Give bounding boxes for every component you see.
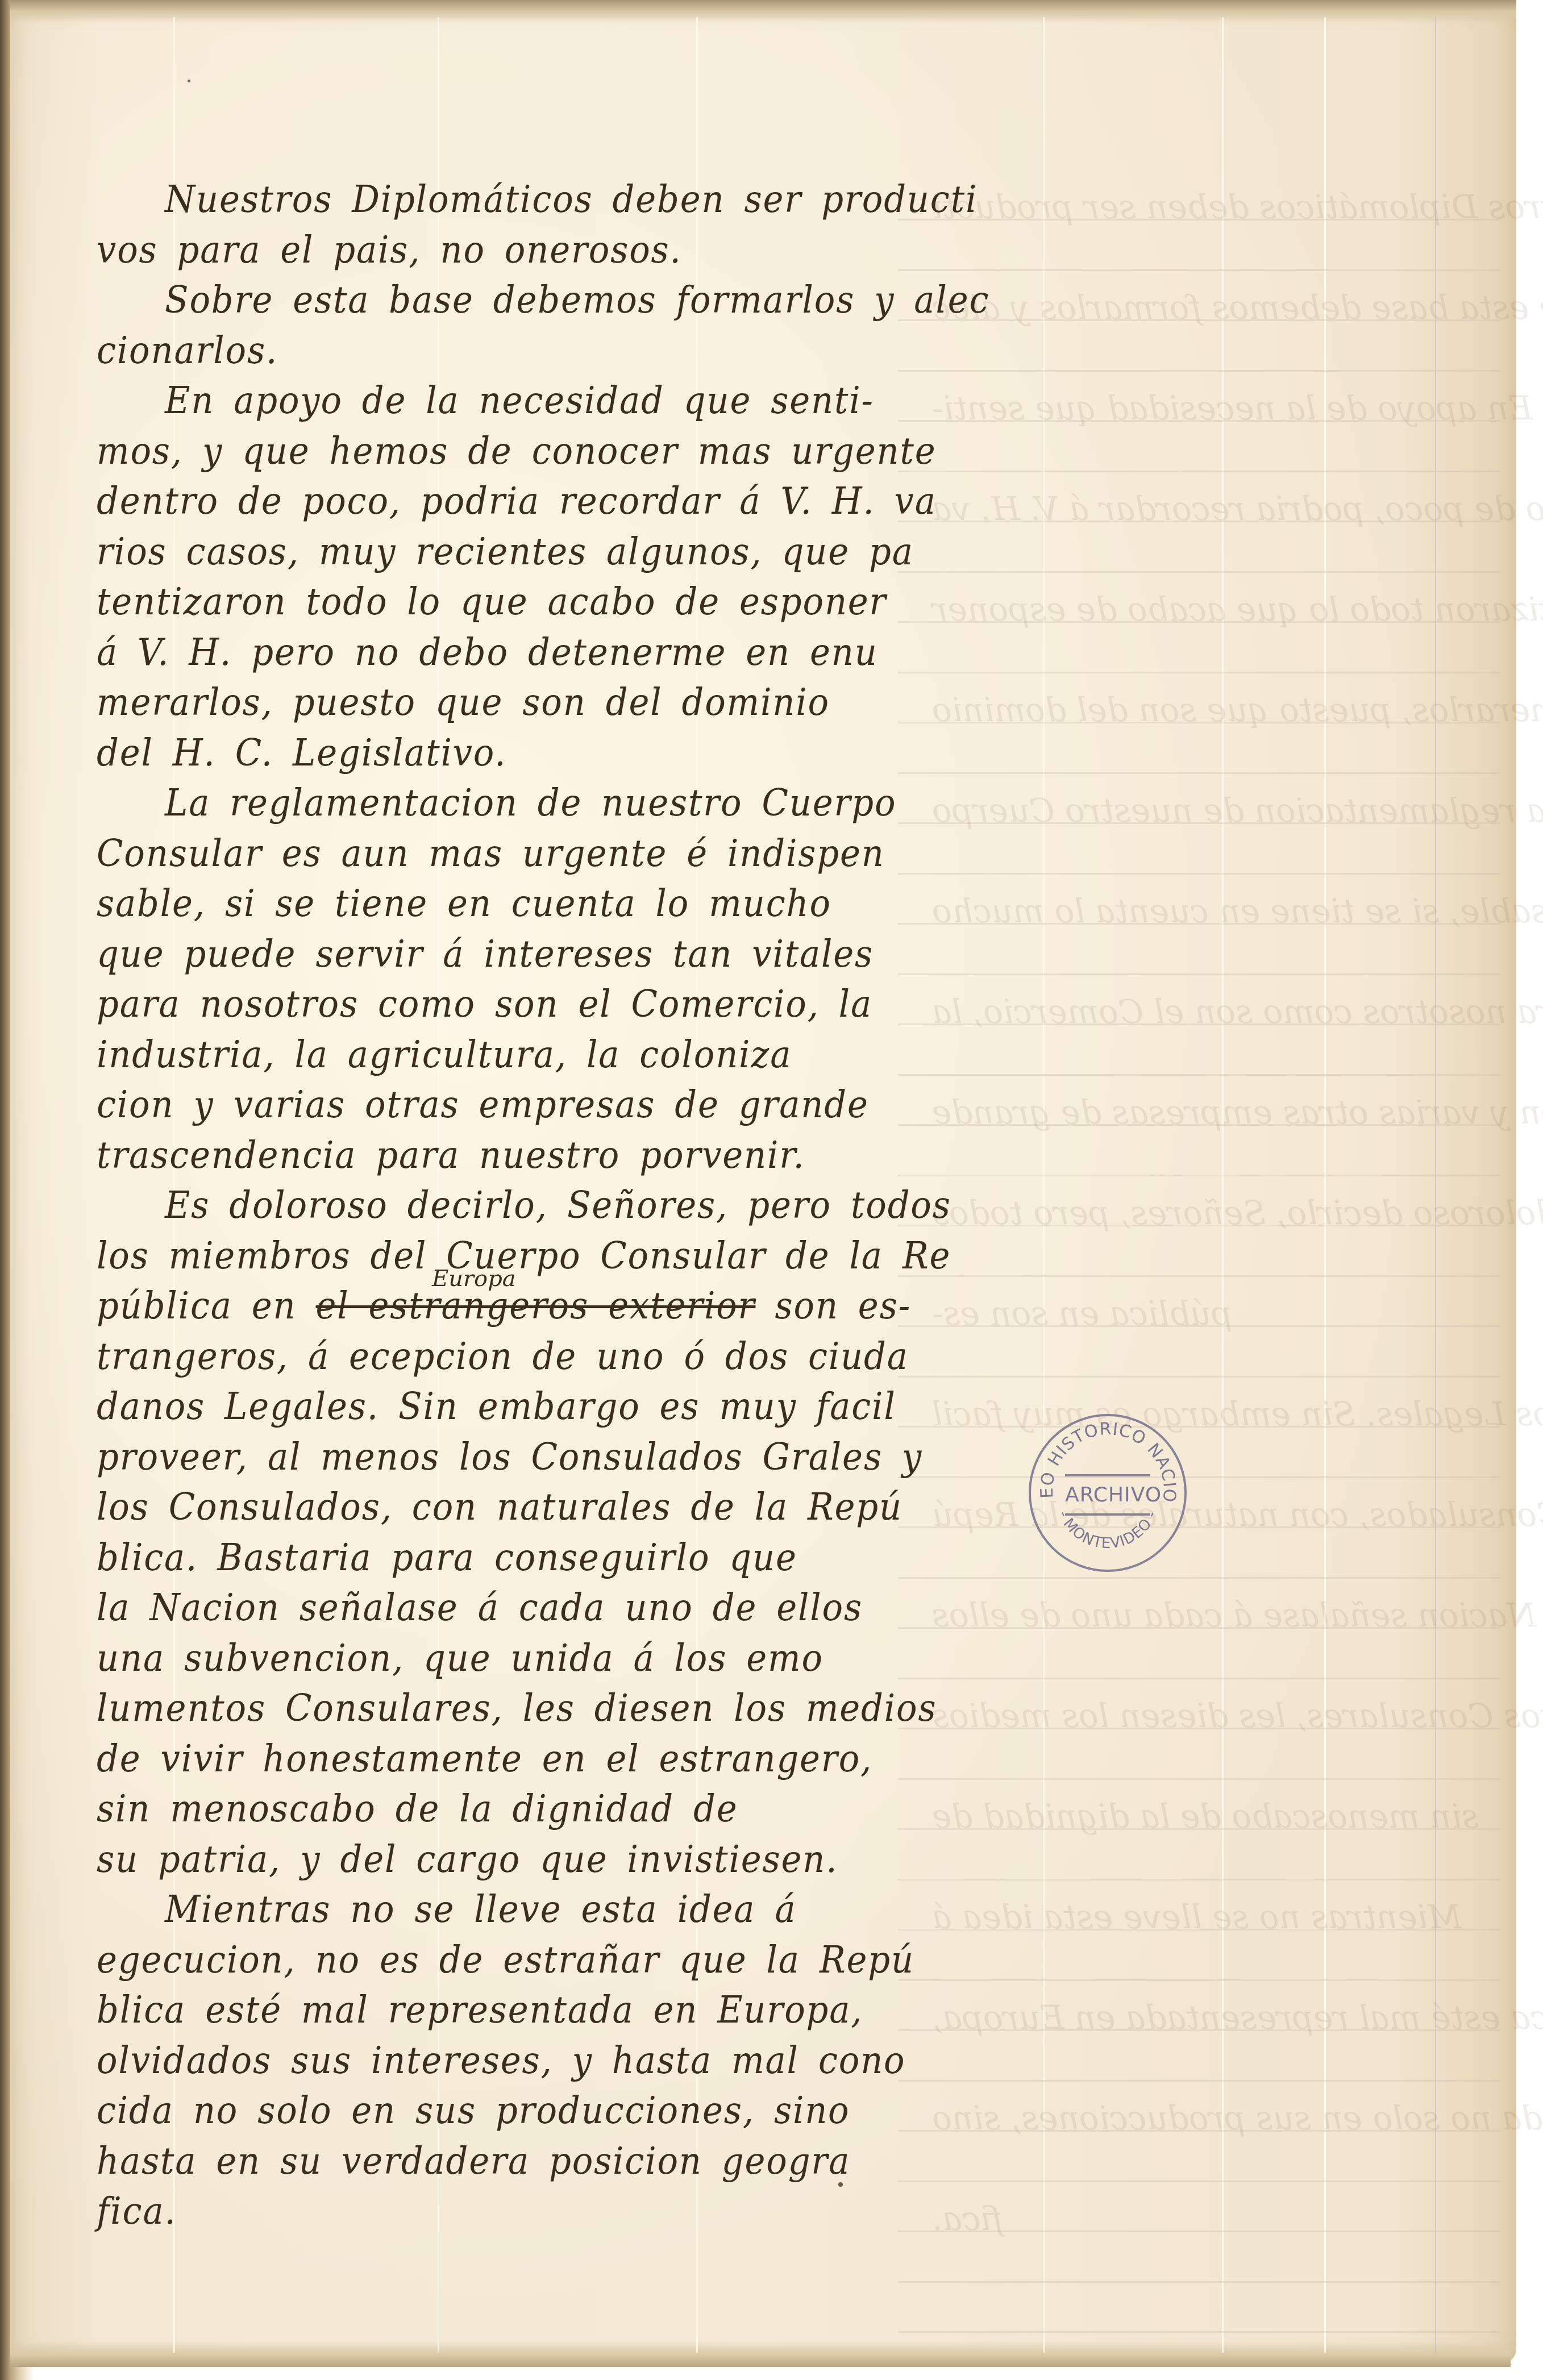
manuscript-line: á V. H. pero no debo detenerme en enu: [97, 634, 878, 671]
ruled-line: [898, 1175, 1500, 1176]
manuscript-line: del H. C. Legislativo.: [97, 734, 506, 772]
line-text: son es-: [755, 1284, 911, 1328]
ink-spot: [188, 80, 190, 82]
ruled-line: [898, 1678, 1500, 1679]
bleed-through-line: Sobre esta base debemos formarlos y alec: [932, 288, 1543, 327]
manuscript-line: olvidados sus intereses, y hasta mal con…: [97, 2042, 905, 2079]
manuscript-line: vos para el pais, no onerosos.: [97, 231, 682, 269]
bleed-through-line: sable, si se tiene en cuenta lo mucho: [932, 892, 1543, 930]
ruled-line: [898, 772, 1500, 774]
ruled-line: [898, 1778, 1500, 1780]
bleed-through-line: sin menoscabo de la dignidad de: [932, 1797, 1479, 1836]
manuscript-line: la Nacion señalase á cada uno de ellos: [97, 1589, 863, 1626]
manuscript-line: blica esté mal representada en Europa,: [97, 1991, 863, 2029]
ruled-line: [898, 370, 1500, 372]
bleed-through-line: para nosotros como son el Comercio, la: [932, 992, 1543, 1031]
manuscript-line: fica.: [97, 2192, 177, 2230]
manuscript-line: trangeros, á ecepcion de uno ó dos ciuda: [97, 1338, 909, 1375]
manuscript-line: tentizaron todo lo que acabo de esponer: [97, 583, 887, 621]
bleed-through-line: Nuestros Diplomáticos deben ser producti: [932, 188, 1543, 226]
manuscript-line: mos, y que hemos de conocer mas urgente: [97, 432, 936, 470]
bleed-through-line: cion y varias otras empresas de grande: [932, 1093, 1543, 1131]
ruled-line: [898, 1879, 1500, 1880]
bleed-through-line: Es doloroso decirlo, Señores, pero todos: [932, 1193, 1543, 1232]
ruled-line: [898, 2281, 1500, 2283]
struck-text: el estrangeros exterior: [316, 1284, 756, 1328]
bleed-through-line: tentizaron todo lo que acabo de esponer: [932, 590, 1543, 629]
manuscript-line: que puede servir á intereses tan vitales: [97, 935, 874, 973]
manuscript-line: Es doloroso decirlo, Señores, pero todos: [165, 1187, 951, 1224]
manuscript-line: merarlos, puesto que son del dominio: [97, 684, 830, 721]
manuscript-line: para nosotros como son el Comercio, la: [97, 985, 872, 1023]
bleed-through-line: pública en son es-: [932, 1294, 1233, 1333]
manuscript-line: cida no solo en sus producciones, sino: [97, 2092, 850, 2129]
bleed-through-line: merarlos, puesto que son del dominio: [932, 690, 1543, 729]
manuscript-line: dentro de poco, podria recordar á V. H. …: [97, 482, 937, 520]
manuscript-line: egecucion, no es de estrañar que la Repú: [97, 1941, 914, 1979]
manuscript-line: lumentos Consulares, les diesen los medi…: [97, 1690, 937, 1727]
manuscript-line: cion y varias otras empresas de grande: [97, 1086, 869, 1124]
bleed-through-line: danos Legales. Sin embargo es muy facil: [932, 1395, 1543, 1433]
ruled-line: [898, 2331, 1500, 2333]
ruled-line: [898, 2080, 1500, 2082]
manuscript-line: los Consulados, con naturales de la Repú: [97, 1488, 902, 1526]
manuscript-line: Nuestros Diplomáticos deben ser producti: [165, 181, 978, 218]
ruled-line: [898, 1476, 1500, 1478]
ruled-line: [898, 571, 1500, 573]
manuscript-line: rios casos, muy recientes algunos, que p…: [97, 533, 914, 571]
bleed-through-line: dentro de poco, podria recordar á V. H. …: [932, 489, 1543, 528]
manuscript-line: su patria, y del cargo que invistiesen.: [97, 1841, 838, 1878]
ruled-line: [898, 1275, 1500, 1277]
manuscript-line: blica. Bastaria para conseguirlo que: [97, 1539, 797, 1576]
manuscript-line: sable, si se tiene en cuenta lo mucho: [97, 885, 831, 922]
bleed-through-line: Mientras no se lleve esta idea á: [932, 1898, 1462, 1936]
page-bottom-edge: [10, 2341, 1511, 2367]
manuscript-line: Mientras no se lleve esta idea á: [165, 1891, 796, 1928]
ruled-line: [898, 973, 1500, 975]
manuscript-line: sin menoscabo de la dignidad de: [97, 1790, 738, 1828]
manuscript-line: hasta en su verdadera posicion geogra: [97, 2142, 850, 2180]
manuscript-line: trascendencia para nuestro porvenir.: [97, 1137, 805, 1174]
manuscript-line: proveer, al menos los Consulados Grales …: [97, 1438, 922, 1476]
ruled-line: [898, 1979, 1500, 1981]
archive-stamp: MUSEO HISTORICO NACIONAL - MONTEVIDEO - …: [1029, 1414, 1187, 1572]
manuscript-line: Consular es aun mas urgente é indispen: [97, 835, 885, 872]
ruled-line: [898, 1074, 1500, 1076]
manuscript-line: los miembros del Cuerpo Consular de la R…: [97, 1237, 951, 1275]
ruled-line: [898, 672, 1500, 673]
ruled-line: [898, 873, 1500, 875]
bleed-through-line: En apoyo de la necesidad que senti-: [932, 389, 1533, 427]
manuscript-line: una subvencion, que unida á los emo: [97, 1640, 824, 1677]
stamp-center-label: ARCHIVO: [1065, 1474, 1150, 1516]
manuscript-line: cionarlos.: [97, 332, 278, 369]
page-top-edge: [10, 0, 1516, 23]
line-text: pública en: [97, 1284, 316, 1328]
manuscript-line: industria, la agricultura, la coloniza: [97, 1036, 792, 1074]
ruled-line: [898, 471, 1500, 472]
bleed-through-line: blica esté mal representada en Europa,: [932, 1998, 1543, 2037]
ruled-line: [898, 1577, 1500, 1579]
bleed-through-line: cida no solo en sus producciones, sino: [932, 2099, 1543, 2137]
bleed-through-line: los Consulados, con naturales de la Repú: [932, 1495, 1543, 1534]
manuscript-line: de vivir honestamente en el estrangero,: [97, 1740, 872, 1778]
manuscript-line: La reglamentacion de nuestro Cuerpo: [165, 784, 896, 822]
manuscript-line: Sobre esta base debemos formarlos y alec: [165, 281, 989, 319]
bleed-through-line: La reglamentacion de nuestro Cuerpo: [932, 791, 1543, 830]
ink-spot: [838, 2182, 843, 2187]
bleed-through-line: la Nacion señalase á cada uno de ellos: [932, 1596, 1543, 1634]
ruled-line: [898, 1376, 1500, 1378]
manuscript-line: danos Legales. Sin embargo es muy facil: [97, 1388, 896, 1425]
manuscript-line: pública en el estrangeros exterior son e…: [97, 1287, 911, 1325]
ruled-line: [898, 2181, 1500, 2182]
manuscript-line: En apoyo de la necesidad que senti-: [165, 382, 874, 419]
ruled-line: [898, 269, 1500, 271]
bleed-through-line: lumentos Consulares, les diesen los medi…: [932, 1696, 1543, 1735]
bleed-through-line: fica.: [932, 2199, 1003, 2238]
